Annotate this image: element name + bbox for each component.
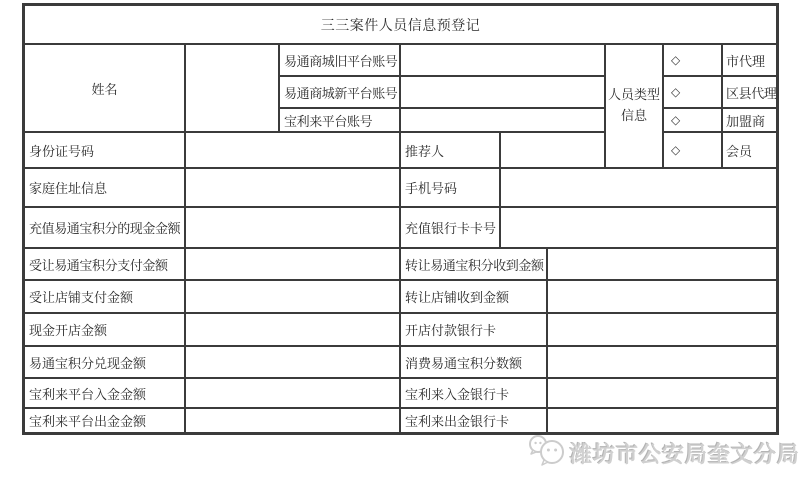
value-points-transfer-received (547, 248, 777, 280)
label-shop-transfer-received: 转让店铺收到金额 (400, 280, 547, 313)
label-cash-recharge-amount: 充值易通宝积分的现金金额 (24, 207, 185, 248)
label-phone-number: 手机号码 (400, 168, 500, 207)
label-baolilai-withdraw-card: 宝利来出金银行卡 (400, 408, 547, 433)
label-cash-shop-open: 现金开店金额 (24, 313, 185, 346)
label-shop-transfer-paid: 受让店铺支付金额 (24, 280, 185, 313)
value-yitong-old-account (400, 44, 605, 76)
value-cash-recharge-amount (185, 207, 400, 248)
option-member-label: 会员 (722, 132, 777, 168)
watermark: 潍坊市公安局奎文分局 (527, 433, 800, 473)
form-title: 三三案件人员信息预登记 (24, 5, 777, 44)
label-yitong-new-account: 易通商城新平台账号 (279, 76, 400, 108)
value-recharge-bank-card (500, 207, 777, 248)
label-shop-open-bank-card: 开店付款银行卡 (400, 313, 547, 346)
label-baolilai-account: 宝利来平台账号 (279, 108, 400, 132)
value-baolilai-withdraw-card (547, 408, 777, 433)
value-shop-transfer-paid (185, 280, 400, 313)
label-points-cashout: 易通宝积分兑现金额 (24, 346, 185, 378)
label-referrer: 推荐人 (400, 132, 500, 168)
option-franchisee-label: 加盟商 (722, 108, 777, 132)
diamond-icon: ◇ (663, 76, 722, 108)
label-baolilai-deposit-card: 宝利来入金银行卡 (400, 378, 547, 408)
value-cash-shop-open (185, 313, 400, 346)
label-person-type: 人员类型信息 (605, 44, 663, 168)
label-recharge-bank-card: 充值银行卡卡号 (400, 207, 500, 248)
label-id-card-number: 身份证号码 (24, 132, 185, 168)
label-baolilai-withdraw: 宝利来平台出金金额 (24, 408, 185, 433)
wechat-bubbles-icon (527, 433, 567, 474)
value-name (185, 44, 279, 132)
value-shop-open-bank-card (547, 313, 777, 346)
label-points-consumed: 消费易通宝积分数额 (400, 346, 547, 378)
diamond-icon: ◇ (663, 108, 722, 132)
value-id-card-number (185, 132, 400, 168)
value-home-address (185, 168, 400, 207)
value-points-consumed (547, 346, 777, 378)
value-baolilai-withdraw (185, 408, 400, 433)
watermark-text: 潍坊市公安局奎文分局 (570, 438, 800, 469)
value-yitong-new-account (400, 76, 605, 108)
diamond-icon: ◇ (663, 44, 722, 76)
label-yitong-old-account: 易通商城旧平台账号 (279, 44, 400, 76)
label-name: 姓名 (24, 44, 185, 132)
value-baolilai-deposit (185, 378, 400, 408)
registration-form-table: 三三案件人员信息预登记 姓名 易通商城旧平台账号 易通商城新平台账号 宝利来平台… (22, 3, 779, 435)
label-baolilai-deposit: 宝利来平台入金金额 (24, 378, 185, 408)
label-points-transfer-received: 转让易通宝积分收到金额 (400, 248, 547, 280)
label-points-transfer-paid: 受让易通宝积分支付金额 (24, 248, 185, 280)
value-referrer (500, 132, 605, 168)
value-baolilai-account (400, 108, 605, 132)
option-city-agent-label: 市代理 (722, 44, 777, 76)
diamond-icon: ◇ (663, 132, 722, 168)
option-district-agent-label: 区县代理 (722, 76, 777, 108)
value-phone-number (500, 168, 777, 207)
value-shop-transfer-received (547, 280, 777, 313)
value-points-transfer-paid (185, 248, 400, 280)
label-home-address: 家庭住址信息 (24, 168, 185, 207)
value-baolilai-deposit-card (547, 378, 777, 408)
scanned-form-page: 三三案件人员信息预登记 姓名 易通商城旧平台账号 易通商城新平台账号 宝利来平台… (0, 0, 800, 485)
value-points-cashout (185, 346, 400, 378)
